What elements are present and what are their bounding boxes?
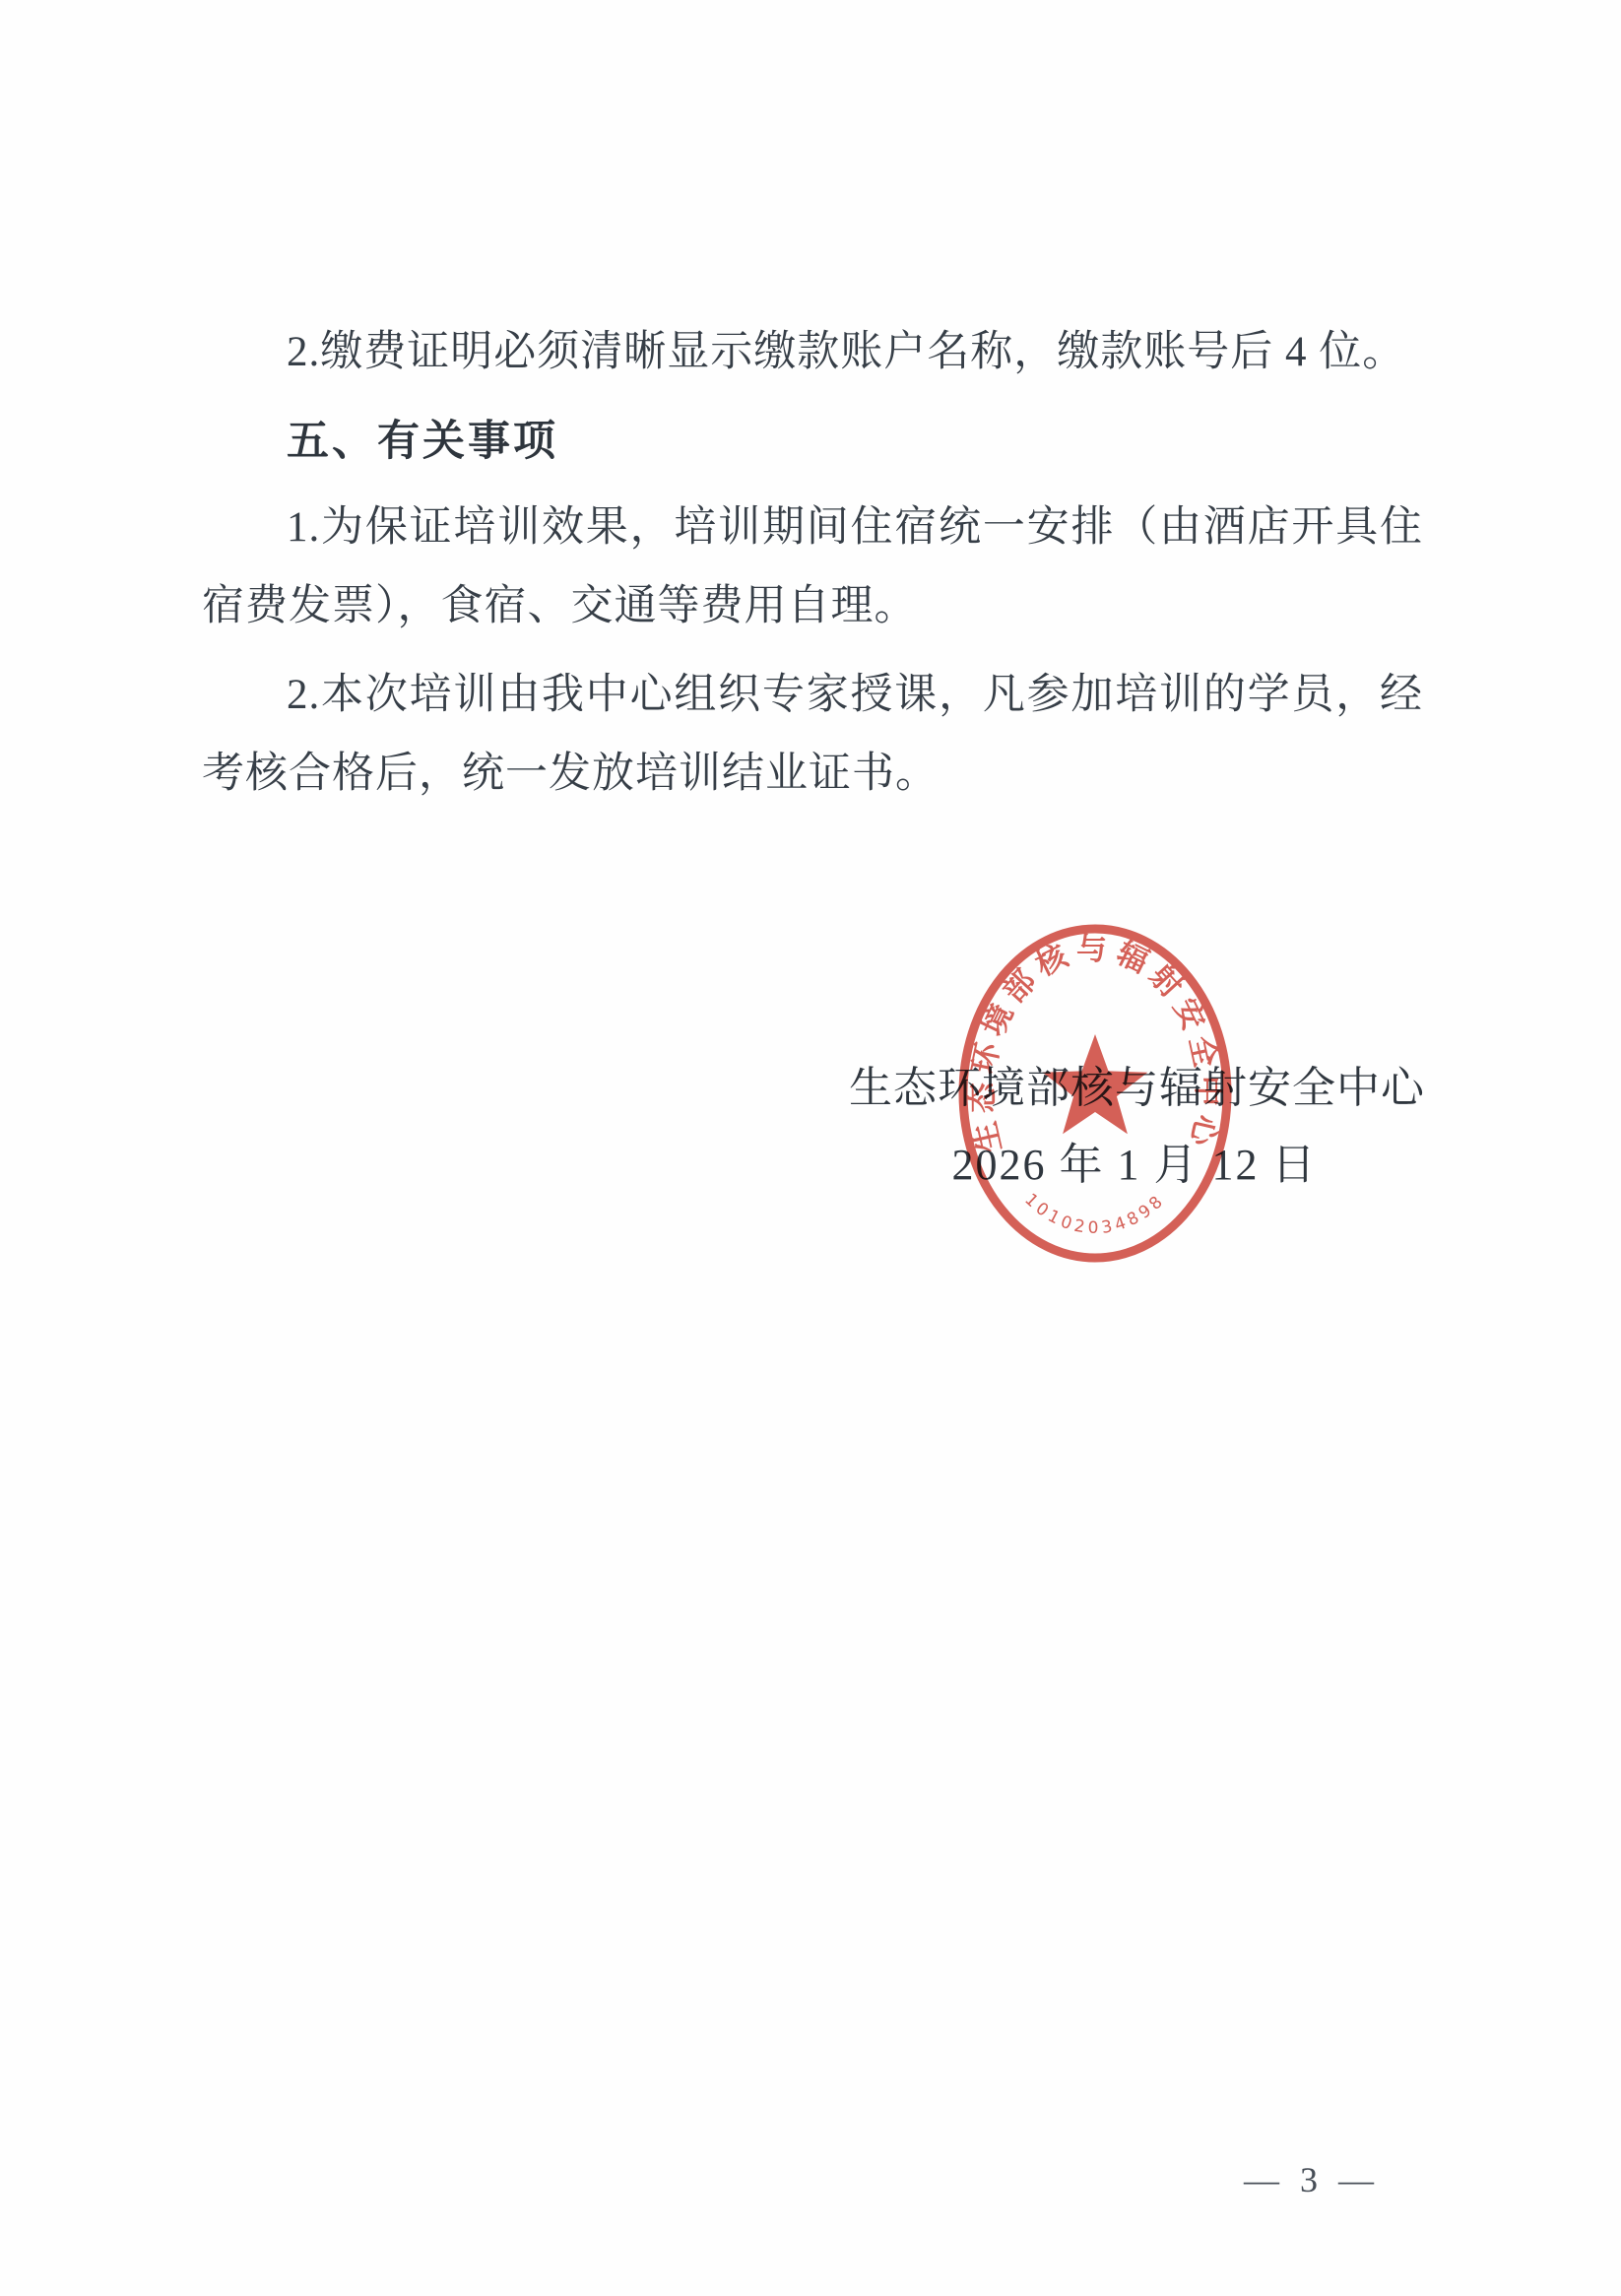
page-number: — 3 — [1233, 2159, 1391, 2200]
paragraph-payment-proof: 2.缴费证明必须清晰显示缴款账户名称，缴款账号后 4 位。 [202, 313, 1423, 392]
paragraph-certificate: 2.本次培训由我中心组织专家授课，凡参加培训的学员，经考核合格后，统一发放培训结… [202, 656, 1423, 814]
paragraph-accommodation: 1.为保证培训效果，培训期间住宿统一安排（由酒店开具住宿费发票），食宿、交通等费… [202, 489, 1423, 646]
signature-organization: 生态环境部核与辐射安全中心 [849, 1050, 1420, 1127]
document-page: 2.缴费证明必须清晰显示缴款账户名称，缴款账号后 4 位。 五、有关事项 1.为… [0, 0, 1621, 2296]
signature-block: 生态环境部核与辐射安全中心 2026 年 1 月 12 日 [849, 1050, 1420, 1204]
notice-body: 2.缴费证明必须清晰显示缴款账户名称，缴款账号后 4 位。 五、有关事项 1.为… [202, 313, 1423, 823]
signature-date: 2026 年 1 月 12 日 [849, 1127, 1420, 1204]
section-heading-related-matters: 五、有关事项 [202, 402, 1423, 481]
